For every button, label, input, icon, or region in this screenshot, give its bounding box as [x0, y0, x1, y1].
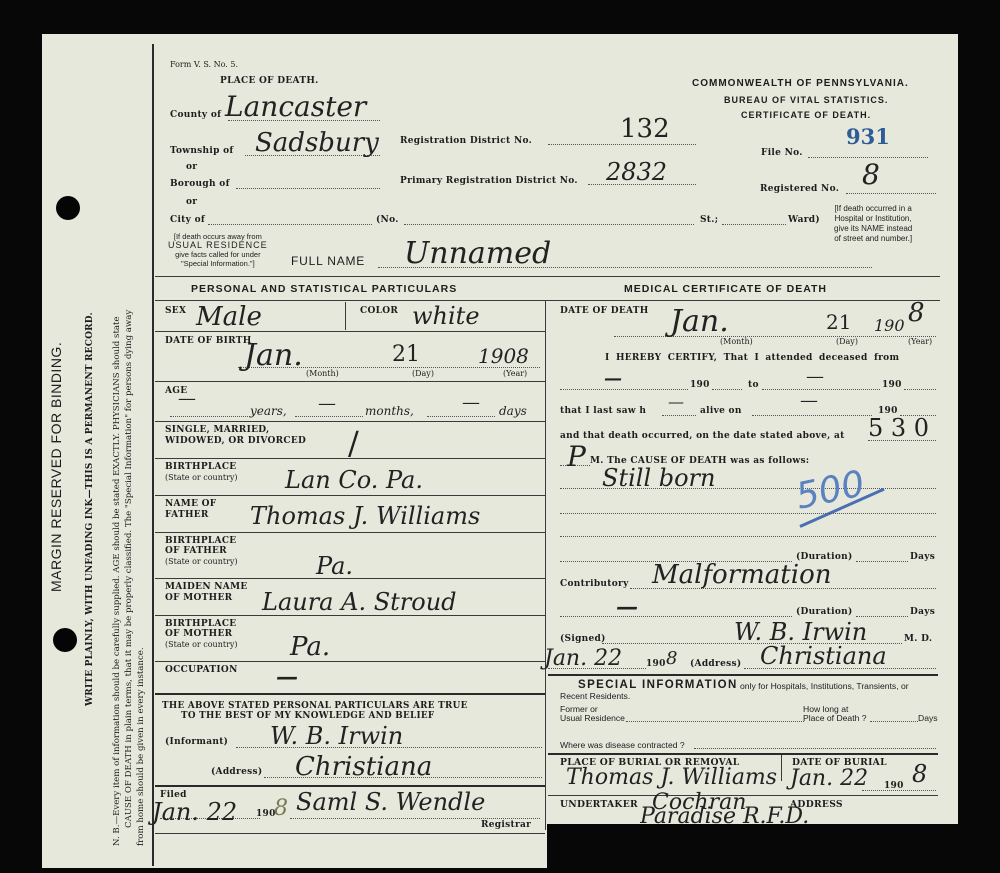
mother-label-2: OF MOTHER [165, 593, 232, 603]
sex-row-rule [155, 331, 545, 332]
full-name-value: Unnamed [404, 236, 551, 271]
special-heading-note-2: Recent Residents. [560, 691, 630, 701]
mother-birthplace-label-2: OF MOTHER [165, 629, 232, 639]
full-name-label: FULL NAME [291, 254, 365, 268]
registrar-value: Saml S. Wendle [296, 788, 485, 816]
residence-note-line-4: "Special Information."] [168, 259, 268, 268]
birthplace-row-rule [155, 495, 545, 496]
mother-row-rule [155, 615, 545, 616]
medical-heading: MEDICAL CERTIFICATE OF DEATH [624, 283, 827, 295]
registered-no-label: Registered No. [760, 184, 839, 194]
residence-note-line-3: give facts called for under [168, 250, 268, 259]
dob-year: 1908 [478, 344, 529, 368]
to-label: to [748, 380, 759, 390]
father-birthplace-label-1: BIRTHPLACE [165, 536, 236, 546]
physician-address-value: Christiana [760, 642, 887, 670]
section-heading-rule [155, 300, 940, 301]
hospital-note: [If death occurred in a Hospital or Inst… [834, 204, 912, 244]
undertaker-address-value: Paradise R.F.D. [640, 804, 809, 829]
alive-on-line [752, 415, 872, 416]
mother-birthplace-value: Pa. [290, 632, 330, 662]
file-no-stamp: 931 [846, 124, 890, 149]
certificate-title: CERTIFICATE OF DEATH. [741, 110, 871, 120]
margin-divider [152, 44, 154, 866]
dod-line [614, 336, 936, 337]
informant-value: W. B. Irwin [270, 722, 403, 750]
cause-line-2 [560, 513, 936, 514]
informant-statement-1: THE ABOVE STATED PERSONAL PARTICULARS AR… [162, 701, 468, 711]
special-top-rule [548, 674, 938, 676]
mother-label-1: MAIDEN NAME [165, 582, 248, 592]
township-label: Township of [170, 146, 234, 156]
father-birthplace-row-rule [155, 578, 545, 579]
dob-day: 21 [392, 342, 420, 367]
margin-note-line-1: N. B.—Every item of information should b… [112, 316, 122, 846]
filed-year-prefix: 190 [256, 809, 276, 819]
city-line [208, 224, 372, 225]
marital-label-2: WIDOWED, OR DIVORCED [165, 436, 306, 446]
color-label: COLOR [360, 306, 398, 316]
years-caption: years, [250, 404, 287, 418]
or-label-1: or [186, 162, 197, 172]
dob-row-rule [155, 381, 545, 382]
dob-label: DATE OF BIRTH [165, 336, 252, 346]
age-years-value: — [178, 388, 196, 409]
burial-year-suffix: 8 [912, 760, 927, 788]
burial-place-value: Thomas J. Williams [566, 765, 777, 790]
burial-date-value: Jan. 22 [790, 766, 868, 791]
informant-address-label: (Address) [211, 767, 262, 777]
dod-year-caption: (Year) [908, 337, 932, 346]
age-row-rule [155, 421, 545, 422]
special-heading: SPECIAL INFORMATION [578, 679, 738, 691]
borough-line [236, 188, 380, 189]
filed-bottom-rule [155, 833, 545, 834]
mother-birthplace-label-1: BIRTHPLACE [165, 619, 236, 629]
dob-day-caption: (Day) [412, 369, 434, 378]
attended-to-year-line [904, 389, 936, 390]
father-label-2: FATHER [165, 510, 209, 520]
reg-district-line [548, 144, 696, 145]
days-caption: days [499, 404, 527, 418]
township-value: Sadsbury [255, 128, 379, 158]
personal-heading: PERSONAL AND STATISTICAL PARTICULARS [191, 283, 457, 295]
filed-top-rule [155, 785, 545, 787]
informant-address-value: Christiana [295, 752, 432, 782]
dod-month-caption: (Month) [720, 337, 753, 346]
months-caption: months, [365, 404, 414, 418]
dob-month-caption: (Month) [306, 369, 339, 378]
duration-days-line-2 [856, 616, 908, 617]
hospital-note-line-2: Hospital or Institution, [834, 214, 912, 224]
registrar-line [290, 818, 540, 819]
duration-label-2: (Duration) [796, 607, 853, 617]
last-saw-label: that I last saw h [560, 406, 646, 416]
borough-label: Borough of [170, 179, 230, 189]
dod-day-caption: (Day) [836, 337, 858, 346]
contributory-value: Malformation [652, 560, 831, 590]
registered-no-value: 8 [862, 158, 880, 191]
age-years-line [170, 416, 250, 417]
signed-date: Jan. 22 [544, 646, 622, 671]
cause-line-3 [560, 536, 936, 537]
street-label: St.; [700, 215, 718, 225]
duration-2-value: — [616, 594, 638, 620]
bureau-title: BUREAU OF VITAL STATISTICS. [724, 95, 888, 105]
age-days-value: — [462, 392, 480, 413]
father-label-1: NAME OF [165, 499, 217, 509]
alive-on-value: — [800, 390, 818, 411]
year-190-b: 190 [882, 380, 902, 390]
hospital-note-line-4: of street and number.] [834, 234, 912, 244]
color-value: white [412, 302, 480, 330]
dod-year-prefix: 190 [874, 316, 905, 335]
county-value: Lancaster [225, 90, 366, 123]
sex-value: Male [196, 302, 262, 332]
how-long-line [870, 721, 918, 722]
or-label-2: or [186, 197, 197, 207]
occupation-value: — [276, 664, 298, 690]
last-saw-value: — [668, 392, 684, 411]
father-birthplace-label-2: OF FATHER [165, 546, 227, 556]
header-rule [155, 276, 940, 277]
informant-statement-2: TO THE BEST OF MY KNOWLEDGE AND BELIEF [181, 711, 434, 721]
undertaker-label: UNDERTAKER [560, 799, 638, 810]
dod-month: Jan. [670, 304, 729, 339]
marital-row-rule [155, 458, 545, 459]
margin-instruction: WRITE PLAINLY, WITH UNFADING INK—THIS IS… [85, 312, 95, 706]
mother-value: Laura A. Stroud [262, 588, 457, 616]
street-no-label: (No. [376, 215, 399, 225]
attended-from-line [560, 389, 688, 390]
occupation-label: OCCUPATION [165, 665, 238, 675]
informant-label: (Informant) [165, 737, 228, 747]
city-label: City of [170, 215, 205, 225]
file-no-label: File No. [761, 148, 803, 158]
former-residence-label-2: Usual Residence [560, 713, 625, 723]
place-of-death-heading: PLACE OF DEATH. [220, 76, 319, 86]
marital-label-1: SINGLE, MARRIED, [165, 425, 269, 435]
special-heading-note: only for Hospitals, Institutions, Transi… [740, 681, 909, 691]
dod-year-suffix: 8 [908, 298, 925, 328]
dod-day: 21 [826, 310, 851, 334]
father-birthplace-caption: (State or country) [165, 557, 238, 566]
signed-year-suffix: 8 [666, 648, 677, 669]
duration-line-2 [560, 616, 792, 617]
certify-statement: I HEREBY CERTIFY, That I attended deceas… [605, 353, 899, 363]
residence-note: [If death occurs away from USUAL RESIDEN… [168, 232, 268, 268]
disease-contracted-label: Where was disease contracted ? [560, 740, 685, 750]
disease-contracted-line [694, 748, 936, 749]
duration-days-line-1 [856, 561, 908, 562]
sex-label: SEX [165, 306, 186, 316]
father-value: Thomas J. Williams [250, 502, 480, 530]
father-row-rule [155, 532, 545, 533]
hospital-note-line-1: [If death occurred in a [834, 204, 912, 214]
county-label: County of [170, 110, 221, 120]
md-label: M. D. [904, 634, 932, 644]
filed-year-suffix: 8 [274, 796, 288, 821]
days-label-2: Days [910, 607, 935, 617]
mother-birthplace-row-rule [155, 661, 545, 662]
former-residence-line [626, 721, 804, 722]
reg-district-value: 132 [620, 114, 670, 144]
age-months-value: — [318, 393, 336, 414]
margin-title: MARGIN RESERVED FOR BINDING. [48, 342, 64, 592]
commonwealth-title: COMMONWEALTH OF PENNSYLVANIA. [692, 78, 909, 89]
death-occurred-label: and that death occurred, on the date sta… [560, 431, 845, 441]
last-saw-line [662, 415, 696, 416]
margin-note-line-2: CAUSE OF DEATH in plain terms, that it m… [124, 310, 134, 846]
attended-to-value: — [806, 366, 824, 387]
registrar-label: Registrar [481, 820, 531, 830]
burial-year-prefix: 190 [884, 781, 904, 791]
mother-birthplace-caption: (State or country) [165, 640, 238, 649]
binding-hole-top [56, 196, 80, 220]
signed-year-prefix: 190 [646, 659, 666, 669]
attended-from-value: — [604, 368, 622, 389]
year-190-a: 190 [690, 380, 710, 390]
age-days-line [427, 416, 495, 417]
birthplace-value: Lan Co. Pa. [285, 466, 423, 494]
ward-line [722, 224, 786, 225]
burial-top-rule [548, 753, 938, 755]
alive-on-label: alive on [700, 406, 742, 416]
ward-label: Ward) [788, 215, 820, 225]
dod-label: DATE OF DEATH [560, 306, 649, 316]
birthplace-label: BIRTHPLACE [165, 462, 236, 472]
dob-month: Jan. [244, 338, 303, 373]
physician-address-label: (Address) [690, 659, 741, 669]
primary-reg-district-label: Primary Registration District No. [400, 176, 578, 186]
birthplace-caption: (State or country) [165, 473, 238, 482]
sex-color-divider [345, 302, 346, 330]
street-no-line [404, 224, 694, 225]
filed-date: Jan. 22 [152, 798, 237, 826]
burial-divider [781, 755, 782, 781]
registered-no-line [846, 193, 936, 194]
dob-year-caption: (Year) [503, 369, 527, 378]
attended-from-year-line [712, 389, 742, 390]
hospital-note-line-3: give its NAME instead [834, 224, 912, 234]
contributory-label: Contributory [560, 579, 629, 589]
days-label-1: Days [910, 552, 935, 562]
binding-hole-bottom [53, 628, 77, 652]
margin-note-line-3: from home should be given in every insta… [136, 647, 146, 846]
meridiem-value: P [567, 440, 586, 473]
father-birthplace-value: Pa. [316, 552, 353, 580]
how-long-label-2: Place of Death ? [803, 713, 867, 723]
residence-note-line-2: USUAL RESIDENCE [168, 241, 268, 250]
death-time-value: 5 3 0 [868, 414, 929, 442]
primary-reg-district-value: 2832 [606, 158, 667, 186]
signed-label: (Signed) [560, 634, 606, 644]
reg-district-label: Registration District No. [400, 136, 532, 146]
marital-value: / [348, 424, 359, 462]
informant-top-rule [155, 693, 545, 695]
cause-value: Still born [602, 464, 715, 492]
age-months-line [295, 416, 363, 417]
attended-to-line [762, 389, 880, 390]
form-number: Form V. S. No. 5. [170, 60, 238, 69]
how-long-days-label: Days [918, 713, 938, 723]
column-divider [545, 300, 546, 830]
